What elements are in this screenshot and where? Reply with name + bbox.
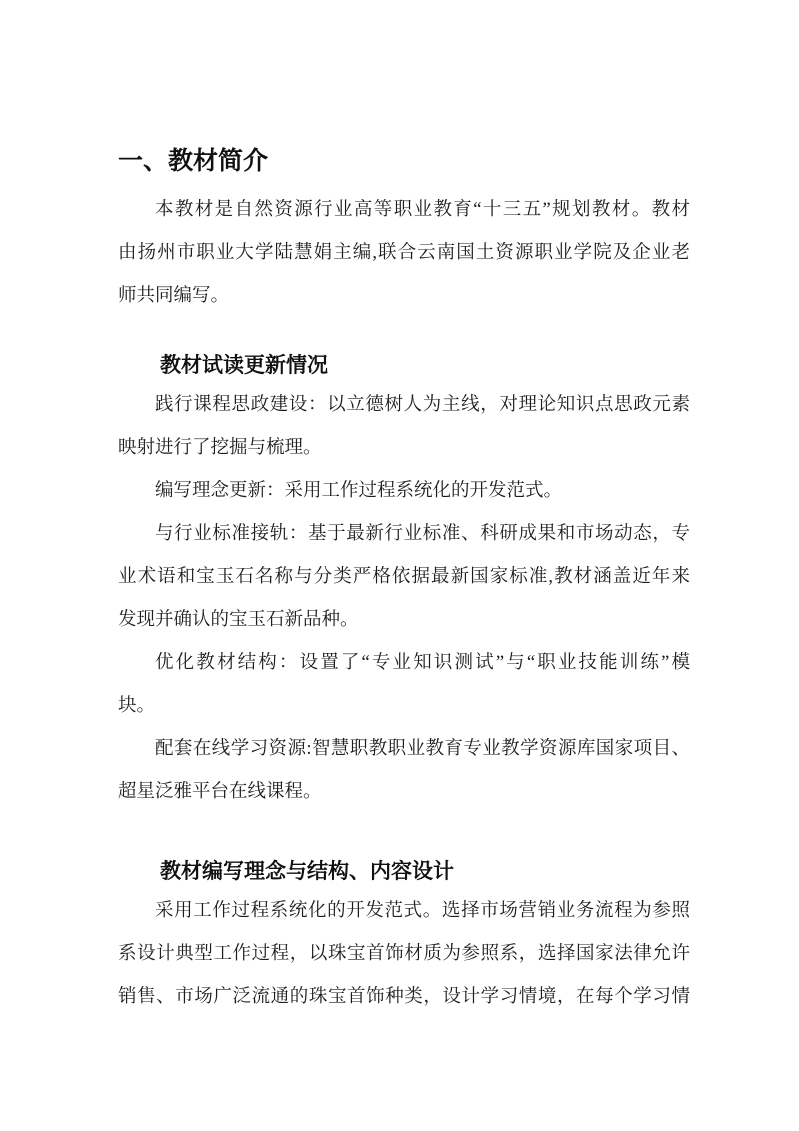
- paragraph-intro: 本教材是自然资源行业高等职业教育“十三五”规划教材。教材 由扬州市职业大学陆慧娟…: [118, 189, 690, 318]
- text-line: 配套在线学习资源:智慧职教职业教育专业教学资源库国家项目、: [118, 728, 690, 771]
- paragraph-sheji: 采用工作过程系统化的开发范式。选择市场营销业务流程为参照 系设计典型工作过程，以…: [118, 890, 690, 1019]
- text-line: 采用工作过程系统化的开发范式。选择市场营销业务流程为参照: [118, 890, 690, 933]
- text-line: 映射进行了挖掘与梳理。: [118, 427, 690, 470]
- document-page: 一、教材简介 本教材是自然资源行业高等职业教育“十三五”规划教材。教材 由扬州市…: [0, 0, 799, 1131]
- text-line: 由扬州市职业大学陆慧娟主编,联合云南国土资源职业学院及企业老: [118, 232, 690, 275]
- text-line: 发现并确认的宝玉石新品种。: [118, 599, 690, 642]
- text-line: 本教材是自然资源行业高等职业教育“十三五”规划教材。教材: [118, 189, 690, 232]
- text-line: 销售、市场广泛流通的珠宝首饰种类，设计学习情境，在每个学习情: [118, 976, 690, 1019]
- main-heading: 一、教材简介: [118, 146, 690, 176]
- text-line: 师共同编写。: [118, 275, 690, 318]
- subheading-update-status: 教材试读更新情况: [118, 348, 690, 384]
- paragraph-linian: 编写理念更新：采用工作过程系统化的开发范式。: [118, 470, 690, 513]
- text-line: 超星泛雅平台在线课程。: [118, 771, 690, 814]
- text-line: 编写理念更新：采用工作过程系统化的开发范式。: [118, 470, 690, 513]
- paragraph-sizheng: 践行课程思政建设：以立德树人为主线，对理论知识点思政元素 映射进行了挖掘与梳理。: [118, 384, 690, 470]
- text-line: 业术语和宝玉石名称与分类严格依据最新国家标准,教材涵盖近年来: [118, 556, 690, 599]
- document-content: 一、教材简介 本教材是自然资源行业高等职业教育“十三五”规划教材。教材 由扬州市…: [118, 146, 690, 1019]
- text-line: 系设计典型工作过程，以珠宝首饰材质为参照系，选择国家法律允许: [118, 933, 690, 976]
- paragraph-biaozhun: 与行业标准接轨：基于最新行业标准、科研成果和市场动态，专 业术语和宝玉石名称与分…: [118, 513, 690, 642]
- text-line: 与行业标准接轨：基于最新行业标准、科研成果和市场动态，专: [118, 513, 690, 556]
- subheading-design: 教材编写理念与结构、内容设计: [118, 854, 690, 890]
- text-line: 块。: [118, 685, 690, 728]
- paragraph-jiegou: 优化教材结构：设置了“专业知识测试”与“职业技能训练”模 块。: [118, 642, 690, 728]
- paragraph-ziyuan: 配套在线学习资源:智慧职教职业教育专业教学资源库国家项目、 超星泛雅平台在线课程…: [118, 728, 690, 814]
- text-line: 优化教材结构：设置了“专业知识测试”与“职业技能训练”模: [118, 642, 690, 685]
- text-line: 践行课程思政建设：以立德树人为主线，对理论知识点思政元素: [118, 384, 690, 427]
